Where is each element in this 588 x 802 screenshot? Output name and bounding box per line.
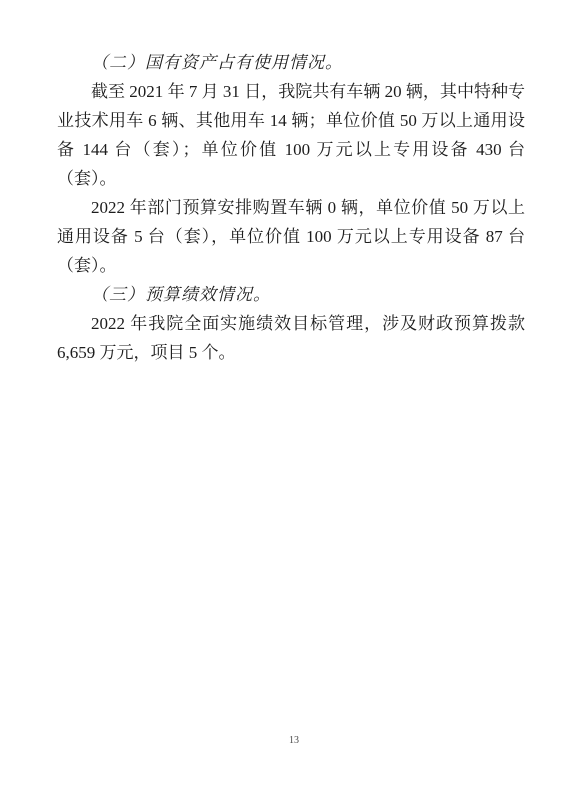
paragraph-2022-procurement-plan: 2022 年部门预算安排购置车辆 0 辆，单位价值 50 万以上通用设备 5 台… [57, 193, 525, 280]
paragraph-performance-management: 2022 年我院全面实施绩效目标管理，涉及财政预算拨款 6,659 万元，项目 … [57, 309, 525, 367]
page-number: 13 [0, 735, 588, 746]
section-heading-asset-usage: （二）国有资产占有使用情况。 [57, 48, 525, 77]
paragraph-vehicle-equipment-status: 截至 2021 年 7 月 31 日，我院共有车辆 20 辆，其中特种专业技术用… [57, 77, 525, 193]
document-body: （二）国有资产占有使用情况。 截至 2021 年 7 月 31 日，我院共有车辆… [57, 48, 525, 367]
document-page: （二）国有资产占有使用情况。 截至 2021 年 7 月 31 日，我院共有车辆… [0, 0, 588, 802]
section-heading-budget-performance: （三）预算绩效情况。 [57, 280, 525, 309]
